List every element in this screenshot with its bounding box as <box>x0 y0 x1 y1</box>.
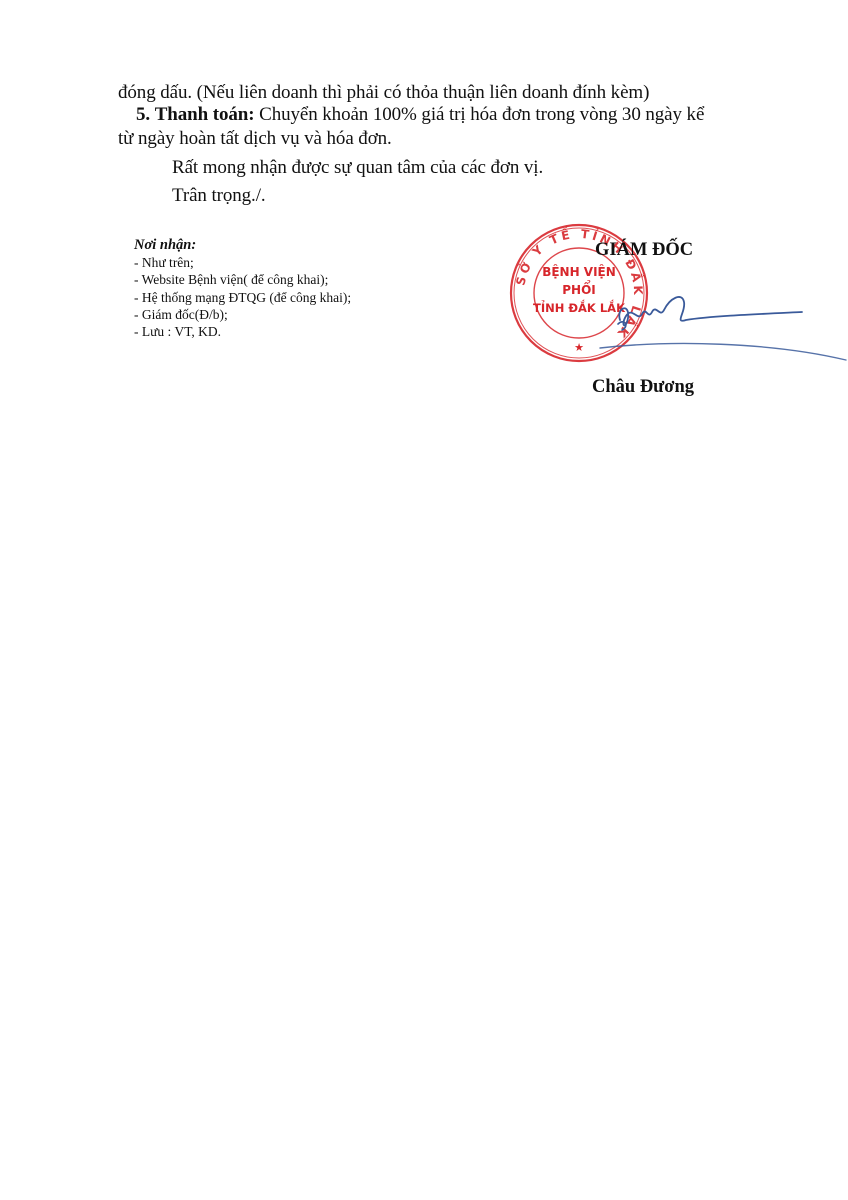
payment-continuation: từ ngày hoàn tất dịch vụ và hóa đơn. <box>118 128 392 150</box>
recipient-item: - Website Bệnh viện( để công khai); <box>134 271 351 288</box>
recipients-block: Nơi nhận: - Như trên; - Website Bệnh việ… <box>134 237 351 340</box>
closing-line-2: Trân trọng./. <box>172 185 266 207</box>
item-number: 5. <box>136 104 150 125</box>
recipient-item: - Giám đốc(Đ/b); <box>134 306 351 323</box>
signer-name: Châu Đương <box>592 377 694 398</box>
payment-text: Chuyển khoản 100% giá trị hóa đơn trong … <box>254 104 704 125</box>
closing-line-1: Rất mong nhận được sự quan tâm của các đ… <box>172 157 543 179</box>
handwritten-signature-icon <box>590 280 848 365</box>
recipient-item: - Lưu : VT, KD. <box>134 323 351 340</box>
signer-title: GIÁM ĐỐC <box>595 240 693 261</box>
payment-item: 5. Thanh toán: Chuyển khoản 100% giá trị… <box>136 104 704 126</box>
recipients-title: Nơi nhận: <box>134 237 351 254</box>
svg-text:★: ★ <box>574 341 584 354</box>
payment-label: Thanh toán: <box>155 104 255 125</box>
body-line-1: đóng dấu. (Nếu liên doanh thì phải có th… <box>118 82 649 104</box>
recipient-item: - Hệ thống mạng ĐTQG (để công khai); <box>134 289 351 306</box>
recipient-item: - Như trên; <box>134 254 351 271</box>
svg-text:BỆNH VIỆN: BỆNH VIỆN <box>542 264 616 279</box>
